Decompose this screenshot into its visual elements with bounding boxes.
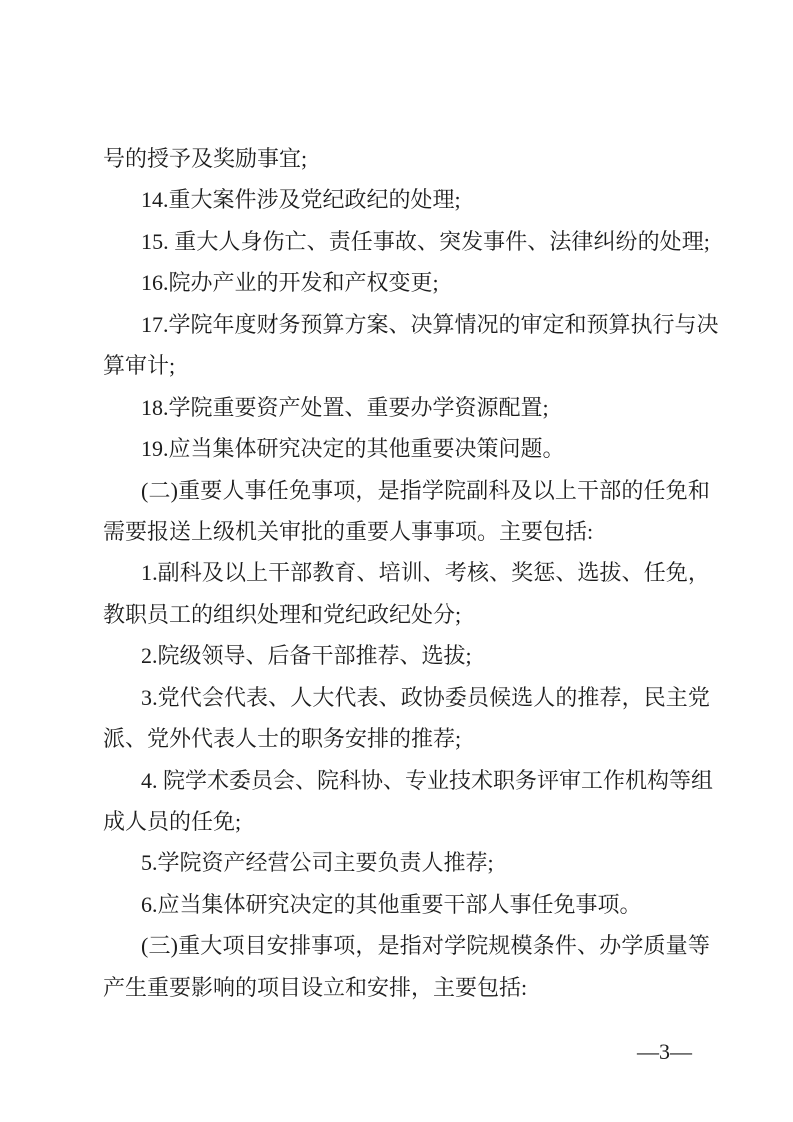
text-line-content: 19.应当集体研究决定的其他重要决策问题。 [141, 436, 565, 461]
text-line-content: 3.党代会代表、人大代表、政协委员候选人的推荐，民主党 [141, 685, 710, 710]
text-line-content: (三)重大项目安排事项，是指对学院规模条件、办学质量等 [141, 933, 710, 958]
text-line-content: 需要报送上级机关审批的重要人事事项。主要包括: [103, 519, 593, 544]
text-line-content: 派、党外代表人士的职务安排的推荐; [103, 726, 461, 751]
text-line: 需要报送上级机关审批的重要人事事项。主要包括: [103, 511, 710, 552]
text-line-content: 1.副科及以上干部教育、培训、考核、奖惩、选拔、任免， [141, 560, 710, 585]
text-line-content: 16.院办产业的开发和产权变更; [141, 270, 439, 295]
text-line-content: 算审计; [103, 353, 175, 378]
text-line: 17.学院年度财务预算方案、决算情况的审定和预算执行与决 [103, 304, 710, 345]
text-line-content: 15. 重大人身伤亡、责任事故、突发事件、法律纠纷的处理; [141, 229, 710, 254]
text-line: (三)重大项目安排事项，是指对学院规模条件、办学质量等 [103, 925, 710, 966]
text-line: 15. 重大人身伤亡、责任事故、突发事件、法律纠纷的处理; [103, 221, 710, 262]
text-line: 19.应当集体研究决定的其他重要决策问题。 [103, 428, 710, 469]
text-line: 5.学院资产经营公司主要负责人推荐; [103, 842, 710, 883]
text-line: 算审计; [103, 345, 710, 386]
text-line: 成人员的任免; [103, 801, 710, 842]
text-line: 教职员工的组织处理和党纪政纪处分; [103, 594, 710, 635]
document-body: 号的授予及奖励事宜;14.重大案件涉及党纪政纪的处理;15. 重大人身伤亡、责任… [103, 138, 710, 1008]
text-line: 18.学院重要资产处置、重要办学资源配置; [103, 387, 710, 428]
text-line: 产生重要影响的项目设立和安排，主要包括: [103, 967, 710, 1008]
text-line-content: 成人员的任免; [103, 809, 241, 834]
text-line: (二)重要人事任免事项，是指学院副科及以上干部的任免和 [103, 470, 710, 511]
text-line-content: 号的授予及奖励事宜; [103, 146, 307, 171]
text-line: 16.院办产业的开发和产权变更; [103, 262, 710, 303]
text-line-content: 6.应当集体研究决定的其他重要干部人事任免事项。 [141, 892, 642, 917]
document-page: 号的授予及奖励事宜;14.重大案件涉及党纪政纪的处理;15. 重大人身伤亡、责任… [0, 0, 793, 1122]
text-line-content: 教职员工的组织处理和党纪政纪处分; [103, 602, 461, 627]
text-line: 3.党代会代表、人大代表、政协委员候选人的推荐，民主党 [103, 677, 710, 718]
text-line: 14.重大案件涉及党纪政纪的处理; [103, 179, 710, 220]
text-line-content: 5.学院资产经营公司主要负责人推荐; [141, 850, 494, 875]
page-footer: —3— [637, 1040, 692, 1064]
text-line: 2.院级领导、后备干部推荐、选拔; [103, 635, 710, 676]
text-line: 4. 院学术委员会、院科协、专业技术职务评审工作机构等组 [103, 760, 710, 801]
text-line-content: 17.学院年度财务预算方案、决算情况的审定和预算执行与决 [141, 312, 719, 337]
text-line: 派、党外代表人士的职务安排的推荐; [103, 718, 710, 759]
text-line-content: 2.院级领导、后备干部推荐、选拔; [141, 643, 472, 668]
text-line-content: 产生重要影响的项目设立和安排，主要包括: [103, 975, 527, 1000]
text-line: 6.应当集体研究决定的其他重要干部人事任免事项。 [103, 884, 710, 925]
text-line: 号的授予及奖励事宜; [103, 138, 710, 179]
text-line-content: 4. 院学术委员会、院科协、专业技术职务评审工作机构等组 [141, 768, 713, 793]
text-line: 1.副科及以上干部教育、培训、考核、奖惩、选拔、任免， [103, 552, 710, 593]
text-line-content: 14.重大案件涉及党纪政纪的处理; [141, 187, 461, 212]
text-line-content: (二)重要人事任免事项，是指学院副科及以上干部的任免和 [141, 478, 710, 503]
text-line-content: 18.学院重要资产处置、重要办学资源配置; [141, 395, 549, 420]
page-number: —3— [637, 1039, 692, 1064]
